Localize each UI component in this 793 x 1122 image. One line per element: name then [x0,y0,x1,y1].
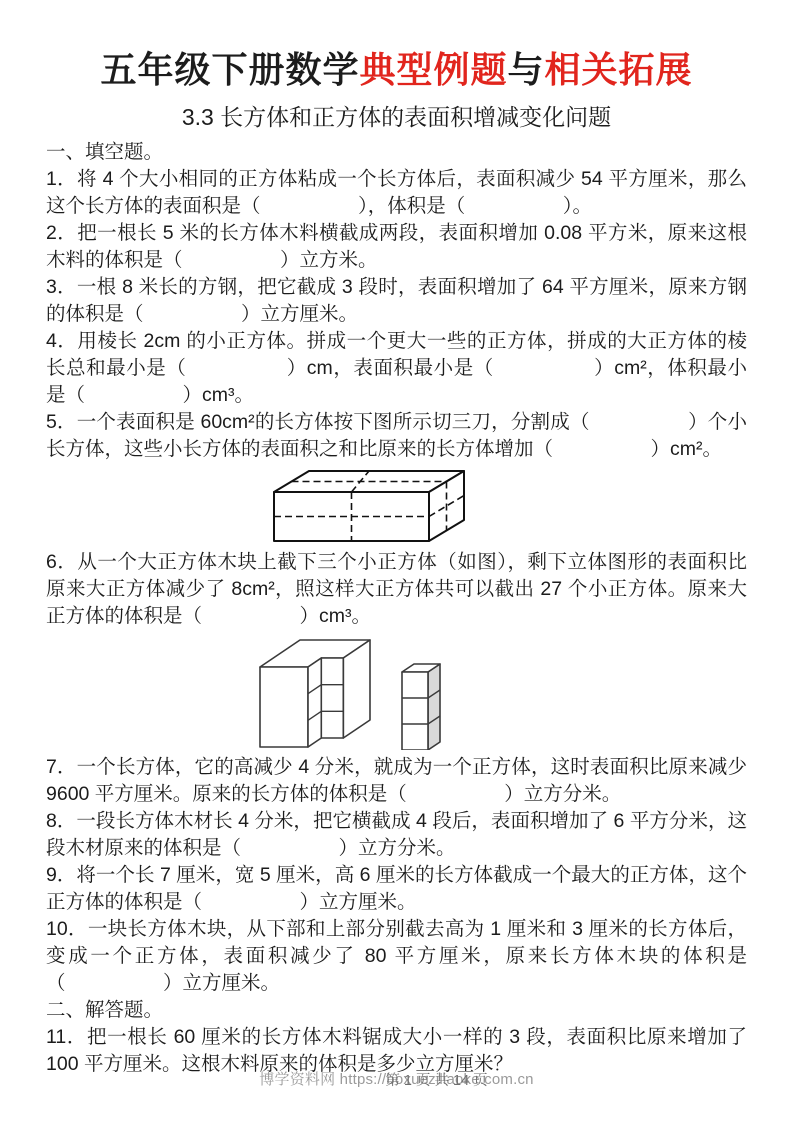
question-3: 3．一根 8 米长的方钢，把它截成 3 段时，表面积增加了 64 平方厘米，原来… [46,274,747,328]
question-5: 5．一个表面积是 60cm²的长方体按下图所示切三刀，分割成（ ）个小长方体，这… [46,409,747,463]
title-red-2: 相关拓展 [545,49,693,90]
question-4: 4．用棱长 2cm 的小正方体。拼成一个更大一些的正方体，拼成的大正方体的棱长总… [46,328,747,409]
question-7: 7．一个长方体，它的高减少 4 分米，就成为一个正方体，这时表面积比原来减少 9… [46,754,747,808]
question-2: 2．把一根长 5 米的长方体木料横截成两段，表面积增加 0.08 平方米，原来这… [46,220,747,274]
cube-corner-cut-figure [46,634,747,750]
page-number: 第 1 页 共 14 页 [40,1069,793,1090]
title-black-2: 与 [508,49,545,90]
question-6: 6．从一个大正方体木块上截下三个小正方体（如图），剩下立体图形的表面积比原来大正… [46,549,747,630]
worksheet-page: 五年级下册数学典型例题与相关拓展 3.3 长方体和正方体的表面积增减变化问题 一… [46,40,747,1078]
section-heading-solve: 二、解答题。 [46,997,747,1024]
cuboid-cut-figure [46,467,747,545]
title-red-1: 典型例题 [359,49,507,90]
page-footer: 博学资料网 https://boxueziliaoke.com.cn 第 1 页… [0,1068,793,1090]
question-8: 8．一段长方体木材长 4 分米，把它横截成 4 段后，表面积增加了 6 平方分米… [46,808,747,862]
question-10: 10．一块长方体木块，从下部和上部分别截去高为 1 厘米和 3 厘米的长方体后，… [46,916,747,997]
title-black-1: 五年级下册数学 [100,49,359,90]
page-title: 五年级下册数学典型例题与相关拓展 [46,48,747,91]
section-heading-fill-blanks: 一、填空题。 [46,139,747,166]
section-subtitle: 3.3 长方体和正方体的表面积增减变化问题 [46,103,747,133]
question-1: 1．将 4 个大小相同的正方体粘成一个长方体后，表面积减少 54 平方厘米，那么… [46,166,747,220]
question-9: 9．将一个长 7 厘米，宽 5 厘米，高 6 厘米的长方体截成一个最大的正方体，… [46,862,747,916]
